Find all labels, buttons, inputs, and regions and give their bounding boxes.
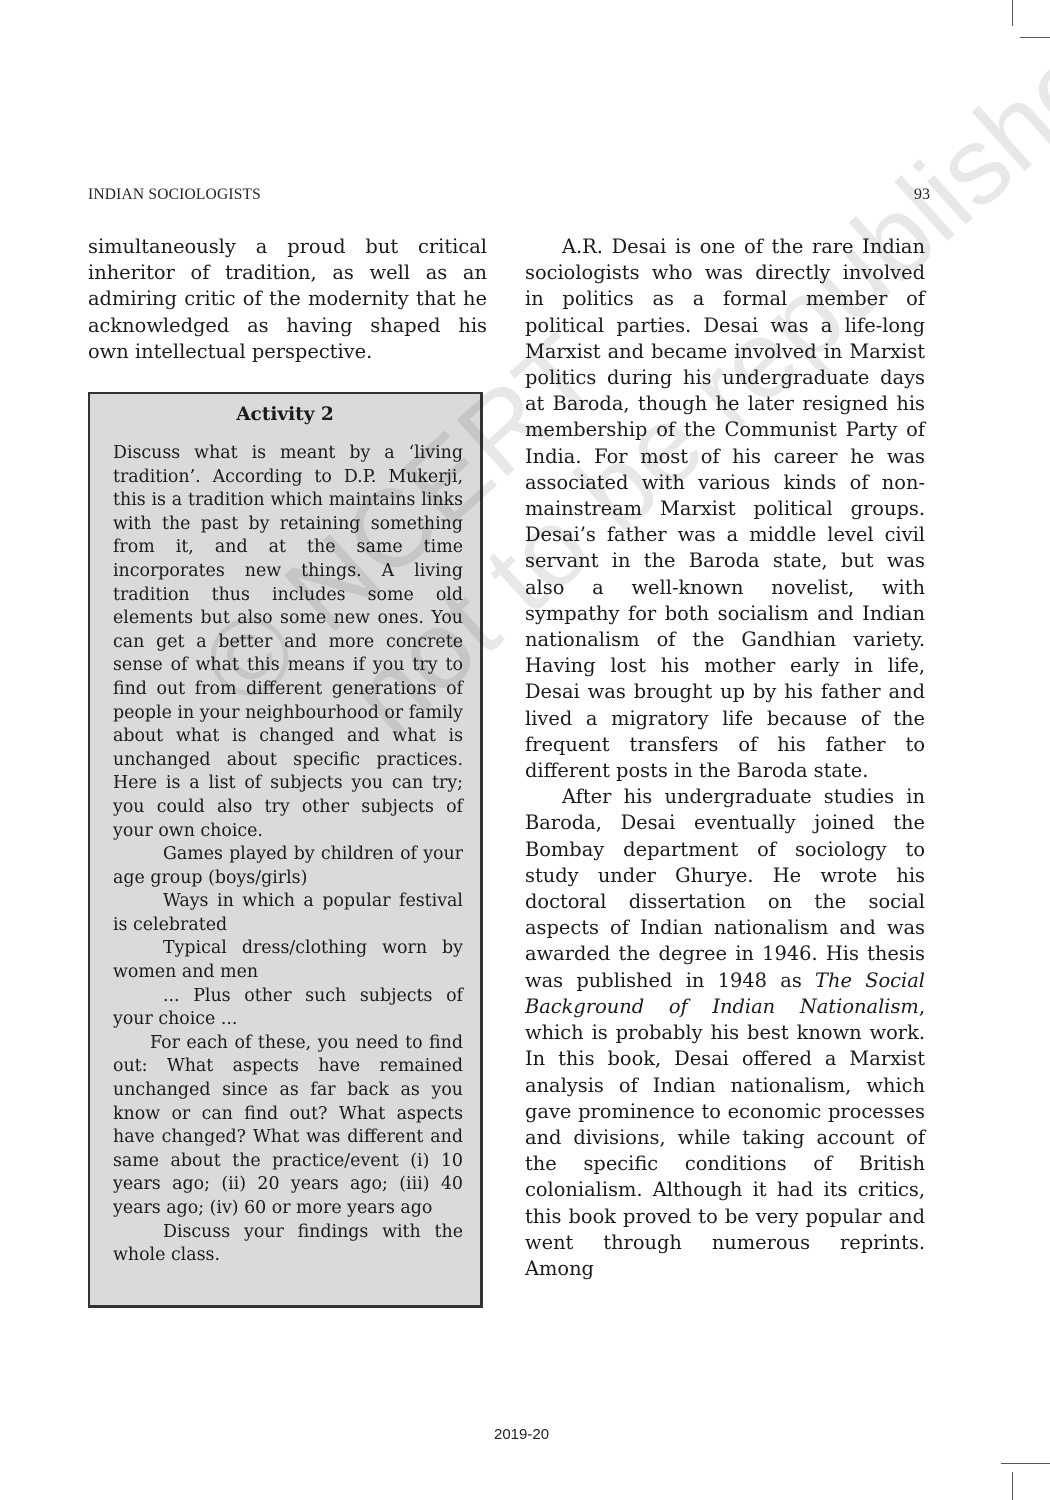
crop-mark-top-vertical [1012, 0, 1013, 26]
activity-body: Discuss what is meant by a ‘living tradi… [113, 442, 463, 1268]
activity-closing: Discuss your findings with the whole cla… [113, 1221, 463, 1268]
crop-mark-bottom-vertical [1012, 1472, 1013, 1500]
page-number: 93 [900, 186, 930, 204]
desai-paragraph-2: After his undergraduate studies in Barod… [525, 784, 925, 1282]
crop-mark-bottom-horizontal [1001, 1463, 1050, 1464]
activity-title: Activity 2 [90, 404, 480, 432]
desai-paragraph-1: A.R. Desai is one of the rare Indian soc… [525, 234, 925, 784]
continuation-paragraph: simultaneously a proud but critical inhe… [88, 234, 487, 365]
activity-box: Activity 2 Discuss what is meant by a ‘l… [88, 392, 483, 1308]
footer-year: 2019-20 [494, 1426, 549, 1443]
activity-subject: Games played by children of your age gro… [113, 843, 463, 890]
activity-subject: Ways in which a popular festival is cele… [113, 890, 463, 937]
right-column: A.R. Desai is one of the rare Indian soc… [525, 234, 925, 1282]
activity-subject: ... Plus other such subjects of your cho… [113, 985, 463, 1032]
activity-subject: Typical dress/clothing worn by women and… [113, 937, 463, 984]
crop-mark-top-horizontal [1020, 37, 1050, 38]
activity-intro: Discuss what is meant by a ‘living tradi… [113, 442, 463, 843]
left-column: simultaneously a proud but critical inhe… [88, 234, 487, 365]
running-title: INDIAN SOCIOLOGISTS [88, 186, 261, 204]
paragraph-2-text-after: , which is probably his best known work.… [525, 995, 925, 1280]
paragraph-2-text-before: After his undergraduate studies in Barod… [525, 785, 925, 991]
activity-instructions: For each of these, you need to find out:… [113, 1032, 463, 1221]
